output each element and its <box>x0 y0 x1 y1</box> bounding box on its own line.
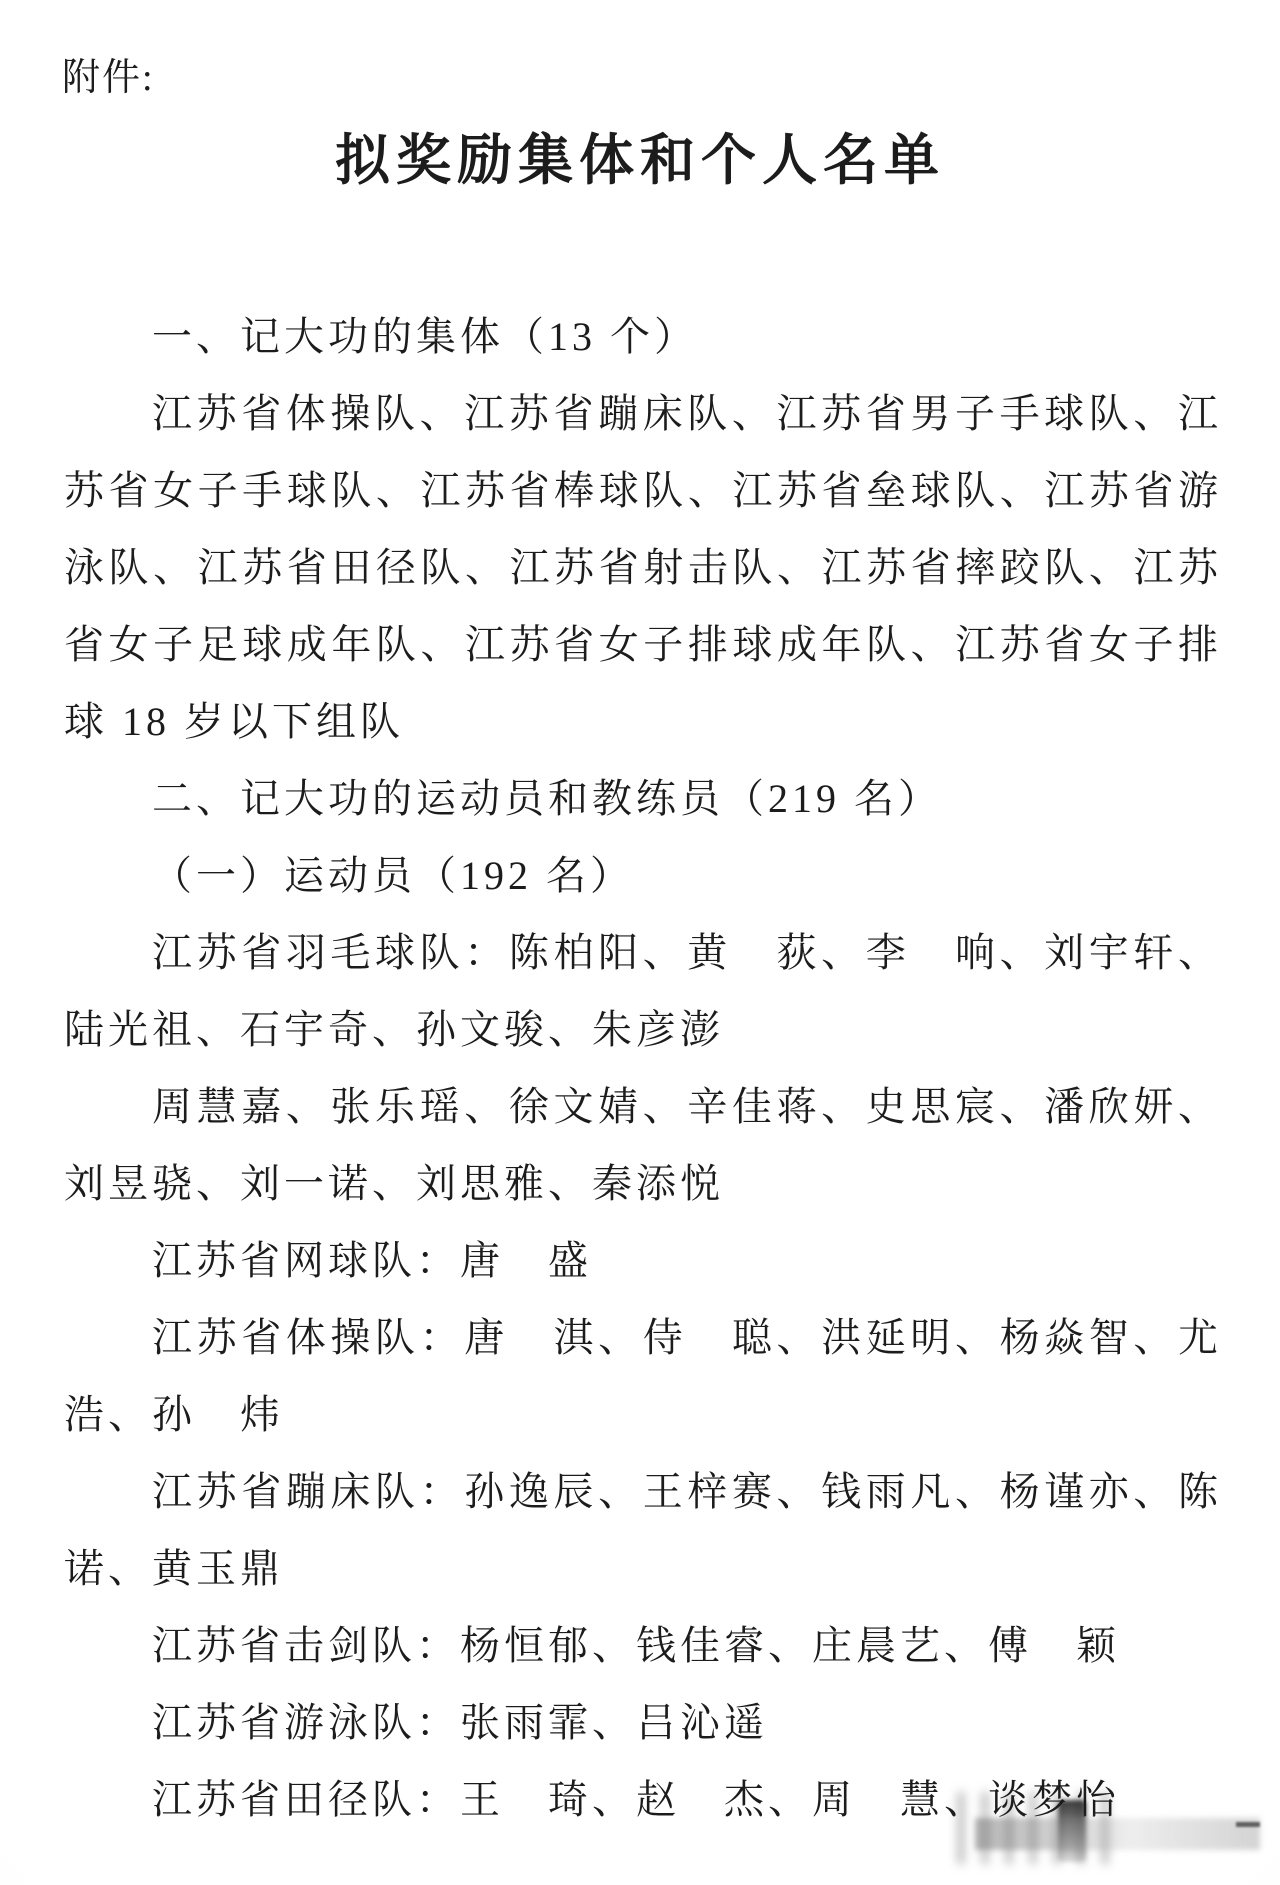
collectives-line-5: 球 18 岁以下组队 <box>64 683 1222 760</box>
gymnastics-roster-line-2: 浩、孙 炜 <box>64 1376 1222 1453</box>
trampoline-roster-line-1: 江苏省蹦床队：孙逸辰、王梓赛、钱雨凡、杨谨亦、陈 <box>64 1453 1222 1530</box>
collectives-line-3: 泳队、江苏省田径队、江苏省射击队、江苏省摔跤队、江苏 <box>64 529 1222 606</box>
badminton-roster-line-2: 陆光祖、石宇奇、孙文骏、朱彦澎 <box>64 991 1222 1068</box>
document-body: 一、记大功的集体（13 个） 江苏省体操队、江苏省蹦床队、江苏省男子手球队、江 … <box>64 298 1222 1838</box>
collectives-line-4: 省女子足球成年队、江苏省女子排球成年队、江苏省女子排 <box>64 606 1222 683</box>
gymnastics-roster-line-1: 江苏省体操队：唐 淇、侍 聪、洪延明、杨焱智、尤 <box>64 1299 1222 1376</box>
document-page: 附件: 拟奖励集体和个人名单 一、记大功的集体（13 个） 江苏省体操队、江苏省… <box>0 0 1280 1885</box>
attachment-label: 附件: <box>62 46 155 101</box>
collectives-line-1: 江苏省体操队、江苏省蹦床队、江苏省男子手球队、江 <box>64 375 1222 452</box>
photo-smudge-band-artifact <box>975 1818 1260 1850</box>
badminton-roster-line-3: 周慧嘉、张乐瑶、徐文婧、辛佳蒋、史思宸、潘欣妍、 <box>64 1068 1222 1145</box>
tennis-roster-line: 江苏省网球队：唐 盛 <box>64 1222 1222 1299</box>
fencing-roster-line: 江苏省击剑队：杨恒郁、钱佳睿、庄晨艺、傅 颖 <box>64 1607 1222 1684</box>
badminton-roster-line-1: 江苏省羽毛球队：陈柏阳、黄 荻、李 响、刘宇轩、 <box>64 914 1222 991</box>
heading-collectives: 一、记大功的集体（13 个） <box>64 298 1222 375</box>
badminton-roster-line-4: 刘昱骁、刘一诺、刘思雅、秦添悦 <box>64 1145 1222 1222</box>
trampoline-roster-line-2: 诺、黄玉鼎 <box>64 1530 1222 1607</box>
collectives-line-2: 苏省女子手球队、江苏省棒球队、江苏省垒球队、江苏省游 <box>64 452 1222 529</box>
photo-smudge-tick-artifact <box>1236 1822 1260 1827</box>
heading-athletes-coaches: 二、记大功的运动员和教练员（219 名） <box>64 760 1222 837</box>
subheading-athletes: （一）运动员（192 名） <box>64 837 1222 914</box>
swimming-roster-line: 江苏省游泳队：张雨霏、吕沁遥 <box>64 1684 1222 1761</box>
document-title: 拟奖励集体和个人名单 <box>0 116 1280 195</box>
